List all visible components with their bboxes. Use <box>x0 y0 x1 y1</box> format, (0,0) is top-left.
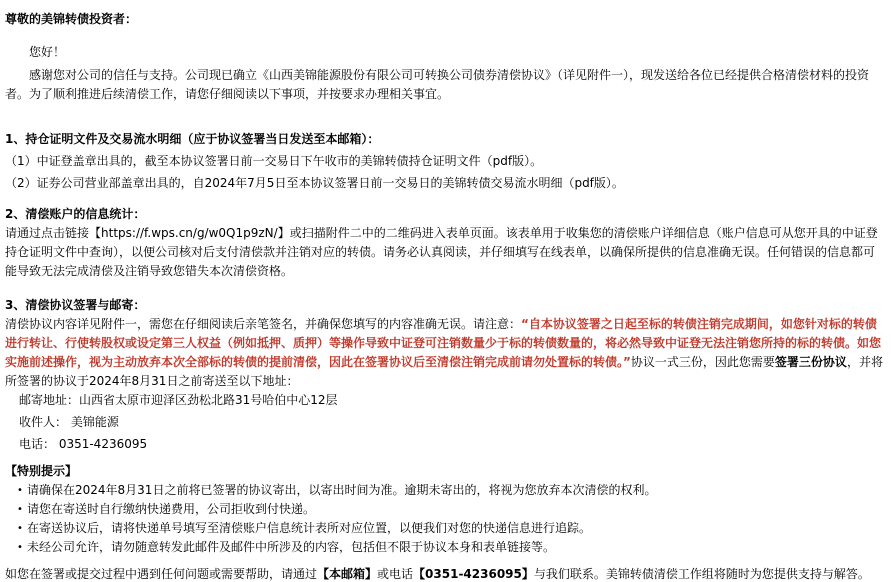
bullet-icon: • <box>13 538 27 557</box>
mailing-address-line: 邮寄地址：山西省太原市迎泽区劲松北路31号哈伯中心12层 <box>19 391 885 410</box>
section1-heading: 1、持仓证明文件及交易流水明细（应于协议签署当日发送至本邮箱）： <box>5 130 885 149</box>
special-note-text: 请您在寄送时自行缴纳快递费用，公司拒收到付快递。 <box>27 500 885 519</box>
special-note-item: • 未经公司允许，请勿随意转发此邮件及邮件中所涉及的内容，包括但不限于协议本身和… <box>13 538 885 557</box>
section2-heading: 2、清偿账户的信息统计： <box>5 205 885 224</box>
bullet-icon: • <box>13 519 27 538</box>
section3-heading: 3、清偿协议签署与邮寄： <box>5 296 885 315</box>
section1-item-2: （2）证券公司营业部盖章出具的，自2024年7月5日至本协议签署日前一交易日的美… <box>5 174 885 193</box>
special-note-item: • 请确保在2024年8月31日之前将已签署的协议寄出，以寄出时间为准。逾期未寄… <box>13 481 885 500</box>
closing-text-1: 如您在签署或提交过程中遇到任何问题或需要帮助，请通过 <box>5 567 317 581</box>
section3-paragraph: 清偿协议内容详见附件一，需您在仔细阅读后亲笔签名，并确保您填写的内容准确无误。请… <box>5 315 885 391</box>
form-link[interactable]: 【https://f.wps.cn/g/w0Q1p9zN/】 <box>89 226 290 240</box>
bullet-icon: • <box>13 500 27 519</box>
greeting: 您好！ <box>5 43 885 62</box>
letter-document: 尊敬的美锦转债投资者： 您好！ 感谢您对公司的信任与支持。公司现已确立《山西美锦… <box>0 0 891 582</box>
recipient-line: 收件人： 美锦能源 <box>19 413 885 432</box>
section2-text-before-link: 请通过点击链接 <box>5 226 89 240</box>
email-channel-bold: 【本邮箱】 <box>317 567 377 581</box>
special-note-item: • 请您在寄送时自行缴纳快递费用，公司拒收到付快递。 <box>13 500 885 519</box>
bullet-icon: • <box>13 481 27 500</box>
special-note-text: 在寄送协议后，请将快递单号填写至清偿账户信息统计表所对应位置，以便我们对您的快递… <box>27 519 885 538</box>
special-note-text: 未经公司允许，请勿随意转发此邮件及邮件中所涉及的内容，包括但不限于协议本身和表单… <box>27 538 885 557</box>
special-note-text: 请确保在2024年8月31日之前将已签署的协议寄出，以寄出时间为准。逾期未寄出的… <box>27 481 885 500</box>
section3-intro-text: 清偿协议内容详见附件一，需您在仔细阅读后亲笔签名，并确保您填写的内容准确无误。请… <box>5 317 521 331</box>
section3-copies-bold: 签署三份协议 <box>775 355 847 369</box>
salutation: 尊敬的美锦转债投资者： <box>5 10 885 29</box>
closing-text-3: 与我们联系。美锦转债清偿工作组将随时为您提供支持与解答。 <box>534 567 870 581</box>
intro-paragraph: 感谢您对公司的信任与支持。公司现已确立《山西美锦能源股份有限公司可转换公司债券清… <box>5 66 885 104</box>
phone-channel-bold: 【0351-4236095】 <box>413 567 534 581</box>
section1-item-1: （1）中证登盖章出具的，截至本协议签署日前一交易日下午收市的美锦转债持仓证明文件… <box>5 152 885 171</box>
closing-text-2: 或电话 <box>377 567 413 581</box>
special-notes-heading: 【特别提示】 <box>5 462 885 481</box>
section3-copies-text: 协议一式三份，因此您需要 <box>631 355 775 369</box>
special-note-item: • 在寄送协议后，请将快递单号填写至清偿账户信息统计表所对应位置，以便我们对您的… <box>13 519 885 538</box>
closing-paragraph: 如您在签署或提交过程中遇到任何问题或需要帮助，请通过【本邮箱】或电话【0351-… <box>5 565 885 582</box>
phone-line: 电话： 0351-4236095 <box>19 435 885 454</box>
section2-paragraph: 请通过点击链接【https://f.wps.cn/g/w0Q1p9zN/】或扫描… <box>5 224 885 281</box>
